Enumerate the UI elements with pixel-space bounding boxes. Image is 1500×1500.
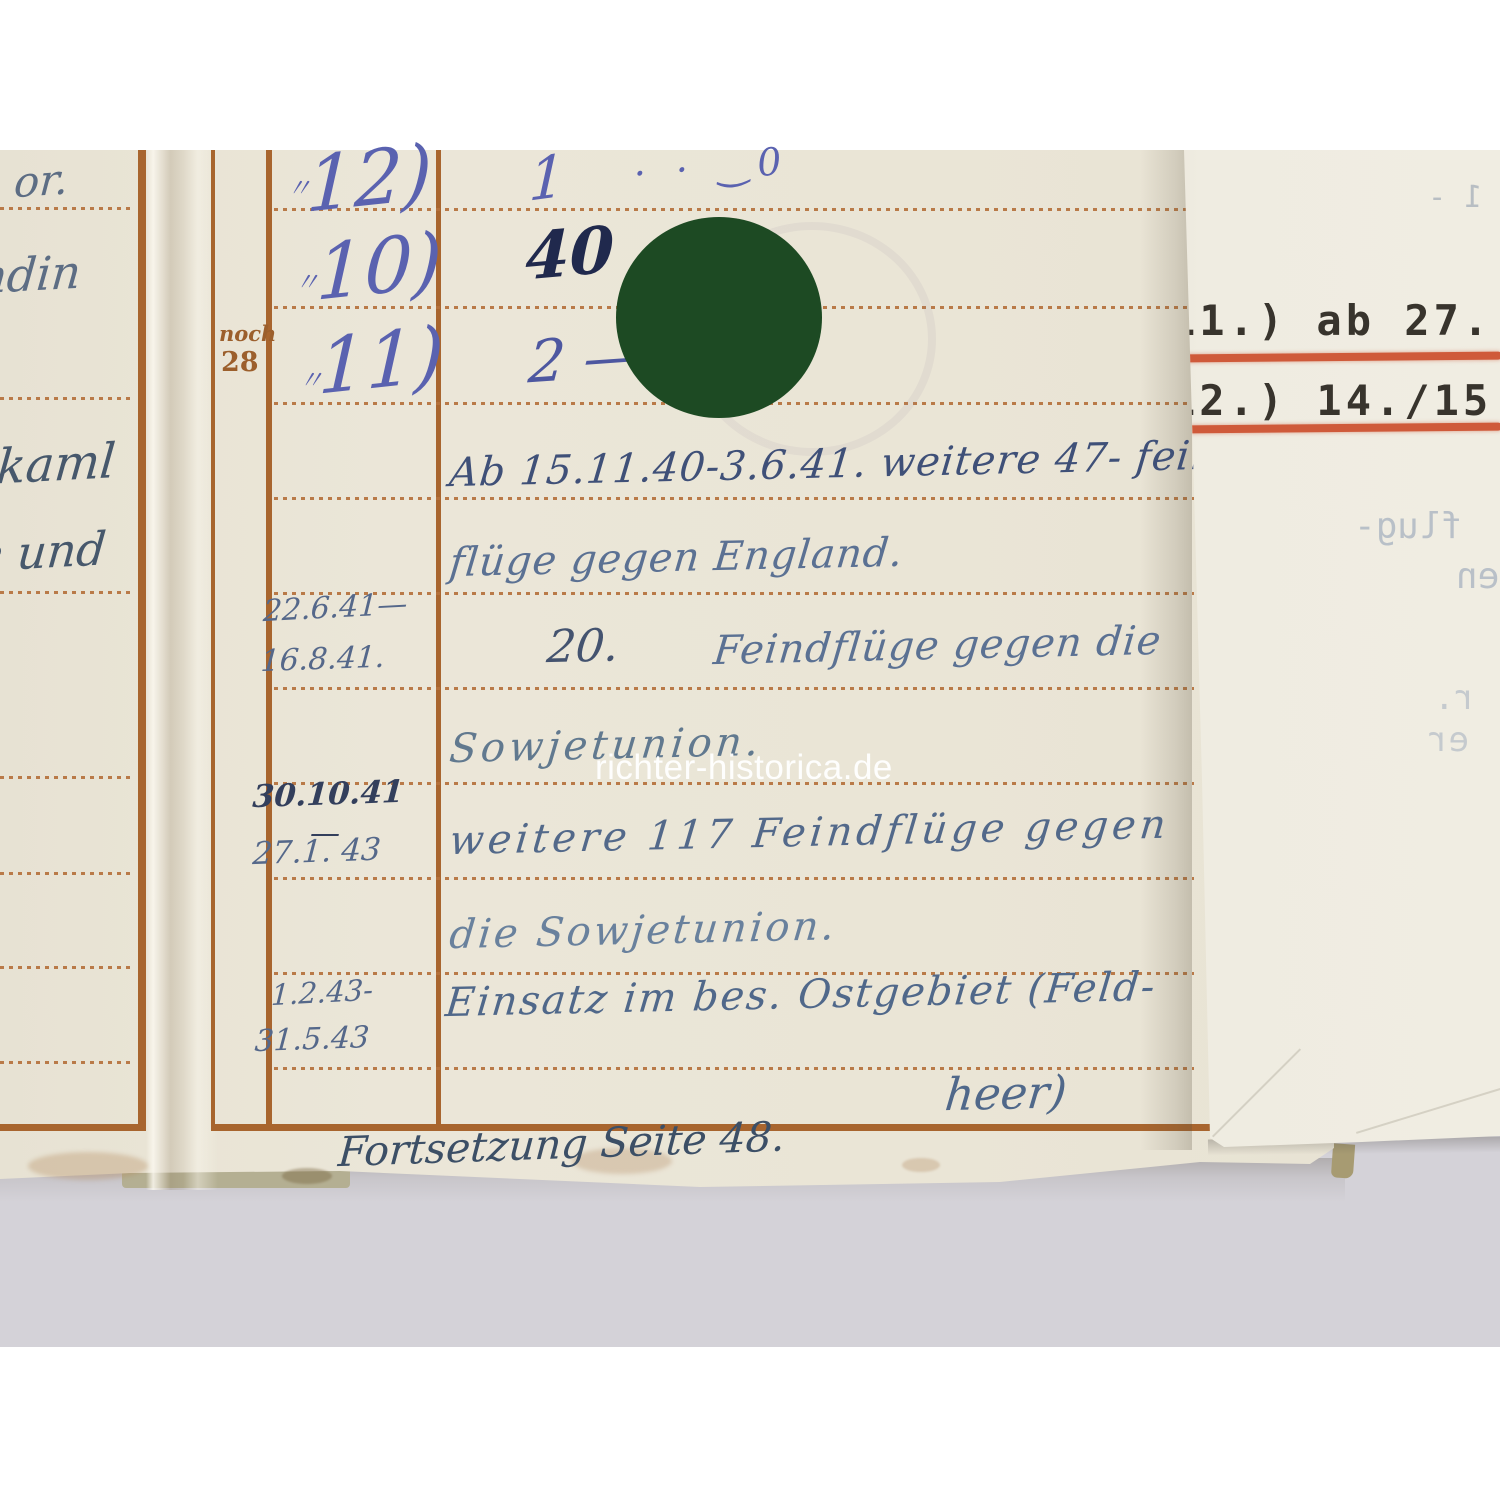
left-page-column-rule	[138, 150, 146, 1131]
bleedthrough-mark-top: 1 -	[1428, 180, 1482, 215]
row-divider-dotted	[0, 397, 133, 400]
page-gutter-crease	[146, 150, 218, 1190]
row-divider-dotted	[274, 592, 1194, 595]
hw-fragment-3: lkaml	[0, 433, 118, 496]
entry-number-11: 11)	[317, 309, 446, 412]
paper-stain	[28, 1152, 148, 1180]
entry-number-12: 12)	[305, 127, 434, 230]
hw-fragment-1: or.	[13, 154, 70, 207]
row-divider-dotted	[274, 877, 1194, 880]
hw-fragment-4: e und	[0, 521, 108, 582]
watermark-text: richter-historica.de	[595, 748, 893, 788]
typed-line-2: 12.) 14./15	[1170, 376, 1492, 425]
bleedthrough-en: en	[1456, 556, 1499, 597]
typed-line-1: 11.) ab 27.	[1170, 296, 1492, 345]
bleedthrough-er: er	[1428, 720, 1469, 760]
paper-crease	[1356, 1088, 1500, 1134]
red-underline-1	[1182, 352, 1500, 363]
hw-date-range-2-start: 30.10.41	[251, 774, 404, 815]
printed-page-number: 28	[221, 347, 259, 378]
hw-date-range-2-end: 27.1. 43	[251, 832, 382, 873]
entry-number-10: 10)	[315, 215, 444, 318]
row-divider-dotted	[274, 687, 1194, 690]
row-divider-dotted	[0, 1061, 133, 1064]
document-photo: noch 28 or. ndin lkaml e und 〃 12) 〃 10)…	[0, 0, 1500, 1500]
paper-crease	[1212, 1048, 1301, 1137]
row-divider-dotted	[0, 872, 133, 875]
main-column-rule-1	[211, 150, 215, 1131]
paper-stain	[902, 1158, 940, 1172]
hw-entry-ussr117-2: die Sowjetunion.	[447, 903, 839, 958]
hw-row2-value: 40	[525, 212, 615, 295]
printed-noch-label: noch	[219, 321, 276, 346]
redaction-dot-green	[616, 217, 822, 418]
row-divider-dotted	[274, 497, 1194, 500]
hw-date-range-1-end: 16.8.41.	[260, 640, 386, 679]
left-page-bottom-border	[0, 1124, 144, 1131]
hw-date-range-3-start: 1.2.43-	[270, 973, 374, 1012]
bleedthrough-flug: flug-	[1354, 506, 1462, 547]
bleedthrough-r: r.	[1434, 678, 1475, 718]
row-divider-dotted	[0, 776, 133, 779]
row-divider-dotted	[0, 966, 133, 969]
hw-date-range-3-end: 31.5.43	[254, 1020, 371, 1059]
hw-entry-ostgebiet-2: heer)	[943, 1065, 1070, 1121]
hw-row1-value: 1	[528, 141, 567, 215]
paper-stain	[282, 1168, 332, 1184]
red-underline-2	[1182, 423, 1500, 434]
hw-fragment-2: ndin	[0, 245, 83, 305]
row-divider-dotted	[0, 207, 133, 210]
hw-entry-ussr-count: 20.	[545, 618, 622, 673]
row-divider-dotted	[0, 591, 133, 594]
